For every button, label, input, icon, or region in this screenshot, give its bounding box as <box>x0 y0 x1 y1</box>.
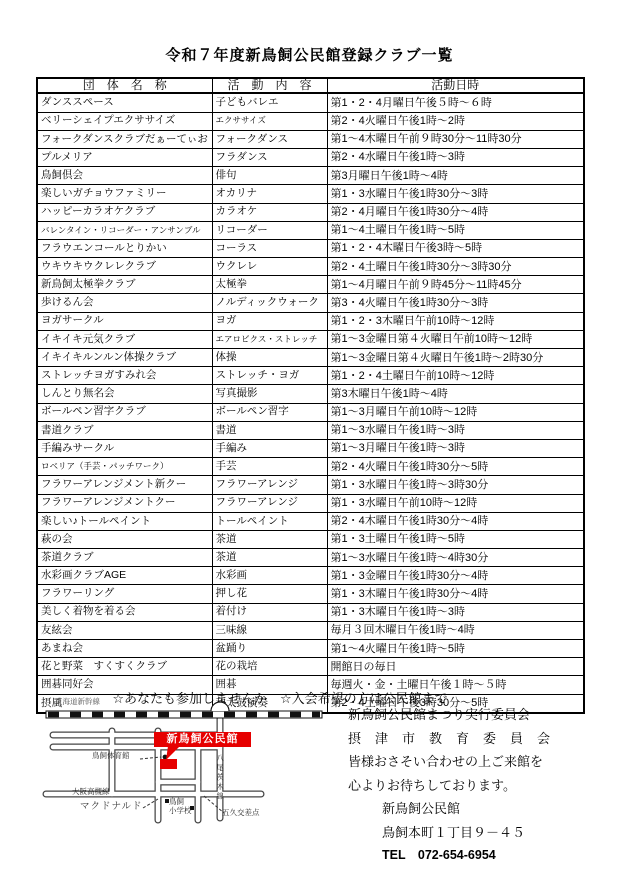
contact-phone: TEL 072-654-6954 <box>348 844 614 868</box>
cell-schedule: 第2・4月曜日午後1時30分～4時 <box>327 203 584 221</box>
cell-schedule: 第2・4水曜日午後1時～3時 <box>327 148 584 166</box>
table-row: ロベリア（手芸・パッチワーク）手芸第2・4火曜日午後1時30分～5時 <box>37 458 584 476</box>
cell-schedule: 第1～4木曜日午前９時30分～11時30分 <box>327 130 584 148</box>
cell-activity: 水彩画 <box>212 567 327 585</box>
cell-activity: フラワーアレンジ <box>212 494 327 512</box>
cell-name: 茶道クラブ <box>37 549 212 567</box>
table-row: しんとり無名会写真撮影第3木曜日午後1時～4時 <box>37 385 584 403</box>
table-row: イキイキ元気クラブエアロビクス・ストレッチ第1～3金曜日第４火曜日午前10時～1… <box>37 330 584 348</box>
intersection-label: 五久交差点 <box>222 809 260 818</box>
cell-activity: ノルディックウォーク <box>212 294 327 312</box>
cell-activity: 茶道 <box>212 530 327 548</box>
club-table-header: 団 体 名 称 活 動 内 容 活動日時 <box>37 78 584 93</box>
cell-schedule: 第1・3木曜日午後1時～3時 <box>327 603 584 621</box>
table-row: ヨガサークルヨガ第1・2・3木曜日午前10時～12時 <box>37 312 584 330</box>
document-page: 令和７年度新鳥飼公民館登録クラブ一覧 団 体 名 称 活 動 内 容 活動日時 … <box>0 0 619 886</box>
cell-name: 楽しいガチョウファミリー <box>37 185 212 203</box>
cell-schedule: 第1～3水曜日午後1時～4時30分 <box>327 549 584 567</box>
table-row: 美しく着物を着る会着付け第1・3木曜日午後1時～3時 <box>37 603 584 621</box>
cell-schedule: 第1・2・4木曜日午後3時～5時 <box>327 239 584 257</box>
table-row: フラワーアレンジメント新クーフラワーアレンジ第1・3水曜日午後1時～3時30分 <box>37 476 584 494</box>
table-row: フラワーアレンジメントクーフラワーアレンジ第1・3水曜日午前10時～12時 <box>37 494 584 512</box>
table-row: フラウエンコールとりかいコーラス第1・2・4木曜日午後3時～5時 <box>37 239 584 257</box>
table-row: ストレッチヨガすみれ会ストレッチ・ヨガ第1・2・4土曜日午前10時～12時 <box>37 367 584 385</box>
cell-schedule: 第1～3金曜日第４火曜日午前10時～12時 <box>327 330 584 348</box>
table-row: 茶道クラブ茶道第1～3水曜日午後1時～4時30分 <box>37 549 584 567</box>
cell-schedule: 第2・4木曜日午後1時30分～4時 <box>327 512 584 530</box>
cell-activity: エアロビクス・ストレッチ <box>212 330 327 348</box>
cell-schedule: 第1・3木曜日午後1時30分～4時 <box>327 585 584 603</box>
cell-schedule: 第1～4土曜日午後1時～5時 <box>327 221 584 239</box>
cell-activity: 着付け <box>212 603 327 621</box>
cell-activity: 盆踊り <box>212 640 327 658</box>
yao-ibaraki-road-label: 八尾茨木線 <box>215 754 224 802</box>
header-group-name: 団 体 名 称 <box>37 78 212 93</box>
cell-activity: 書道 <box>212 421 327 439</box>
cell-name: 楽しい♪トールペイント <box>37 512 212 530</box>
contact-committee-2: 摂 津 市 教 育 委 員 会 <box>348 727 614 751</box>
cell-activity: オカリナ <box>212 185 327 203</box>
cell-schedule: 第1・3金曜日午後1時30分～4時 <box>327 567 584 585</box>
access-map: 東海道新幹線 新鳥飼公民館 鳥飼体育館 八尾茨木線 大阪高槻線 マクドナルド 鳥… <box>28 698 330 874</box>
cell-name: プルメリア <box>37 148 212 166</box>
cell-activity: フラワーアレンジ <box>212 476 327 494</box>
cell-name: バレンタイン・リコーダー・アンサンブル <box>37 221 212 239</box>
cell-name: ベリーシェイプエクササイズ <box>37 112 212 130</box>
cell-activity: コーラス <box>212 239 327 257</box>
cell-activity: 体操 <box>212 349 327 367</box>
table-row: 鳥飼倶会俳句第3月曜日午後1時～4時 <box>37 167 584 185</box>
map-graphic <box>28 698 330 874</box>
cell-schedule: 第1～3月曜日午後1時～3時 <box>327 439 584 457</box>
contact-hall-name: 新鳥飼公民館 <box>348 797 614 821</box>
contact-committee-1: 新鳥飼公民館まつり実行委員会 <box>348 703 614 727</box>
cell-activity: 手編み <box>212 439 327 457</box>
cell-schedule: 第1～3金曜日第４火曜日午後1時～2時30分 <box>327 349 584 367</box>
contact-invite-2: 心よりお待ちしております。 <box>348 774 614 798</box>
cell-name: 新鳥飼太極拳クラブ <box>37 276 212 294</box>
cell-schedule: 第1・3水曜日午後1時30分～3時 <box>327 185 584 203</box>
table-row: フォークダンスクラブだぁーてぃおフォークダンス第1～4木曜日午前９時30分～11… <box>37 130 584 148</box>
table-row: ボールペン習字クラブボールペン習字第1～3月曜日午前10時～12時 <box>37 403 584 421</box>
cell-activity: ヨガ <box>212 312 327 330</box>
cell-schedule: 第1～4火曜日午後1時～5時 <box>327 640 584 658</box>
cell-activity: 手芸 <box>212 458 327 476</box>
table-row: ハッピーカラオケクラブカラオケ第2・4月曜日午後1時30分～4時 <box>37 203 584 221</box>
osaka-takatsuki-road-label: 大阪高槻線 <box>72 788 110 797</box>
club-table: 団 体 名 称 活 動 内 容 活動日時 ダンススペース子どもバレエ第1・2・4… <box>36 77 585 714</box>
header-schedule: 活動日時 <box>327 78 584 93</box>
cell-name: しんとり無名会 <box>37 385 212 403</box>
table-row: 楽しいガチョウファミリーオカリナ第1・3水曜日午後1時30分～3時 <box>37 185 584 203</box>
cell-activity: ウクレレ <box>212 258 327 276</box>
cell-name: ボールペン習字クラブ <box>37 403 212 421</box>
school-label-line2: 小学校 <box>169 806 192 815</box>
club-table-body: ダンススペース子どもバレエ第1・2・4月曜日午後５時～６時ベリーシェイプエクササ… <box>37 93 584 713</box>
cell-name: 水彩画クラブAGE <box>37 567 212 585</box>
cell-name: 友絃会 <box>37 621 212 639</box>
table-row: あまね会盆踊り第1～4火曜日午後1時～5時 <box>37 640 584 658</box>
cell-schedule: 毎月３回木曜日午後1時～4時 <box>327 621 584 639</box>
cell-name: 手編みサークル <box>37 439 212 457</box>
cell-name: ロベリア（手芸・パッチワーク） <box>37 458 212 476</box>
cell-name: ハッピーカラオケクラブ <box>37 203 212 221</box>
cell-activity: ボールペン習字 <box>212 403 327 421</box>
table-row: 楽しい♪トールペイントトールペイント第2・4木曜日午後1時30分～4時 <box>37 512 584 530</box>
cell-activity: ストレッチ・ヨガ <box>212 367 327 385</box>
cell-activity: カラオケ <box>212 203 327 221</box>
cell-schedule: 第1・3土曜日午後1時～5時 <box>327 530 584 548</box>
table-row: ベリーシェイプエクササイズエクササイズ第2・4火曜日午後1時～2時 <box>37 112 584 130</box>
cell-name: ストレッチヨガすみれ会 <box>37 367 212 385</box>
cell-schedule: 第1・3水曜日午前10時～12時 <box>327 494 584 512</box>
railway-label: 東海道新幹線 <box>55 698 100 707</box>
cell-schedule: 第1～3月曜日午前10時～12時 <box>327 403 584 421</box>
cell-schedule: 第2・4土曜日午後1時30分～3時30分 <box>327 258 584 276</box>
cell-name: ウキウキウクレレクラブ <box>37 258 212 276</box>
cell-name: フラウエンコールとりかい <box>37 239 212 257</box>
cell-activity: フォークダンス <box>212 130 327 148</box>
hall-name-badge: 新鳥飼公民館 <box>154 732 251 747</box>
table-row: 萩の会茶道第1・3土曜日午後1時～5時 <box>37 530 584 548</box>
cell-schedule: 第1～4月曜日午前９時45分～11時45分 <box>327 276 584 294</box>
cell-activity: 子どもバレエ <box>212 93 327 112</box>
cell-name: フォークダンスクラブだぁーてぃお <box>37 130 212 148</box>
cell-schedule: 第1・2・3木曜日午前10時～12時 <box>327 312 584 330</box>
table-row: 書道クラブ書道第1～3水曜日午後1時～3時 <box>37 421 584 439</box>
table-row: 歩けるん会ノルディックウォーク第3・4火曜日午後1時30分～3時 <box>37 294 584 312</box>
contact-address: 鳥飼本町１丁目９－４５ <box>348 821 614 845</box>
cell-activity: フラダンス <box>212 148 327 166</box>
cell-name: 花と野菜 すくすくクラブ <box>37 658 212 676</box>
cell-name: イキイキルンルン体操クラブ <box>37 349 212 367</box>
table-row: バレンタイン・リコーダー・アンサンブルリコーダー第1～4土曜日午後1時～5時 <box>37 221 584 239</box>
header-activity: 活 動 内 容 <box>212 78 327 93</box>
hall-pointer <box>166 746 180 760</box>
cell-schedule: 第2・4火曜日午後1時30分～5時 <box>327 458 584 476</box>
contact-block: 新鳥飼公民館まつり実行委員会 摂 津 市 教 育 委 員 会 皆様おさそい合わせ… <box>348 703 614 868</box>
contact-invite-1: 皆様おさそい合わせの上ご来館を <box>348 750 614 774</box>
table-row: ダンススペース子どもバレエ第1・2・4月曜日午後５時～６時 <box>37 93 584 112</box>
cell-activity: エクササイズ <box>212 112 327 130</box>
cell-activity: 押し花 <box>212 585 327 603</box>
header-row: 団 体 名 称 活 動 内 容 活動日時 <box>37 78 584 93</box>
table-row: 水彩画クラブAGE水彩画第1・3金曜日午後1時30分～4時 <box>37 567 584 585</box>
cell-name: 書道クラブ <box>37 421 212 439</box>
table-row: ウキウキウクレレクラブウクレレ第2・4土曜日午後1時30分～3時30分 <box>37 258 584 276</box>
page-title: 令和７年度新鳥飼公民館登録クラブ一覧 <box>0 44 619 65</box>
cell-schedule: 第3月曜日午後1時～4時 <box>327 167 584 185</box>
cell-activity: リコーダー <box>212 221 327 239</box>
cell-name: ダンススペース <box>37 93 212 112</box>
gym-label: 鳥飼体育館 <box>92 752 130 761</box>
cell-name: フラワーアレンジメントクー <box>37 494 212 512</box>
cell-activity: 花の栽培 <box>212 658 327 676</box>
cell-schedule: 第1・2・4月曜日午後５時～６時 <box>327 93 584 112</box>
cell-schedule: 第1・2・4土曜日午前10時～12時 <box>327 367 584 385</box>
table-row: フラワーリング押し花第1・3木曜日午後1時30分～4時 <box>37 585 584 603</box>
school-label: 鳥飼 小学校 <box>169 798 192 815</box>
table-row: 友絃会三味線毎月３回木曜日午後1時～4時 <box>37 621 584 639</box>
cell-name: フラワーリング <box>37 585 212 603</box>
cell-name: イキイキ元気クラブ <box>37 330 212 348</box>
cell-name: フラワーアレンジメント新クー <box>37 476 212 494</box>
table-row: プルメリアフラダンス第2・4水曜日午後1時～3時 <box>37 148 584 166</box>
cell-activity: 茶道 <box>212 549 327 567</box>
cell-activity: 三味線 <box>212 621 327 639</box>
cell-schedule: 第3木曜日午後1時～4時 <box>327 385 584 403</box>
cell-name: 美しく着物を着る会 <box>37 603 212 621</box>
table-row: 手編みサークル手編み第1～3月曜日午後1時～3時 <box>37 439 584 457</box>
cell-activity: トールペイント <box>212 512 327 530</box>
cell-schedule: 開館日の毎日 <box>327 658 584 676</box>
cell-activity: 写真撮影 <box>212 385 327 403</box>
cell-schedule: 第1・3水曜日午後1時～3時30分 <box>327 476 584 494</box>
cell-name: ヨガサークル <box>37 312 212 330</box>
table-row: 新鳥飼太極拳クラブ太極拳第1～4月曜日午前９時45分～11時45分 <box>37 276 584 294</box>
railway-bridge-arc <box>211 702 229 711</box>
table-row: 花と野菜 すくすくクラブ花の栽培開館日の毎日 <box>37 658 584 676</box>
cell-schedule: 第3・4火曜日午後1時30分～3時 <box>327 294 584 312</box>
cell-name: 歩けるん会 <box>37 294 212 312</box>
cell-name: 萩の会 <box>37 530 212 548</box>
cell-schedule: 第2・4火曜日午後1時～2時 <box>327 112 584 130</box>
mcdonalds-label: マクドナルド <box>80 802 143 813</box>
cell-name: 鳥飼倶会 <box>37 167 212 185</box>
hall-building-marker <box>160 759 177 769</box>
cell-schedule: 第1～3水曜日午後1時～3時 <box>327 421 584 439</box>
cell-activity: 俳句 <box>212 167 327 185</box>
table-row: イキイキルンルン体操クラブ体操第1～3金曜日第４火曜日午後1時～2時30分 <box>37 349 584 367</box>
cell-name: あまね会 <box>37 640 212 658</box>
cell-activity: 太極拳 <box>212 276 327 294</box>
